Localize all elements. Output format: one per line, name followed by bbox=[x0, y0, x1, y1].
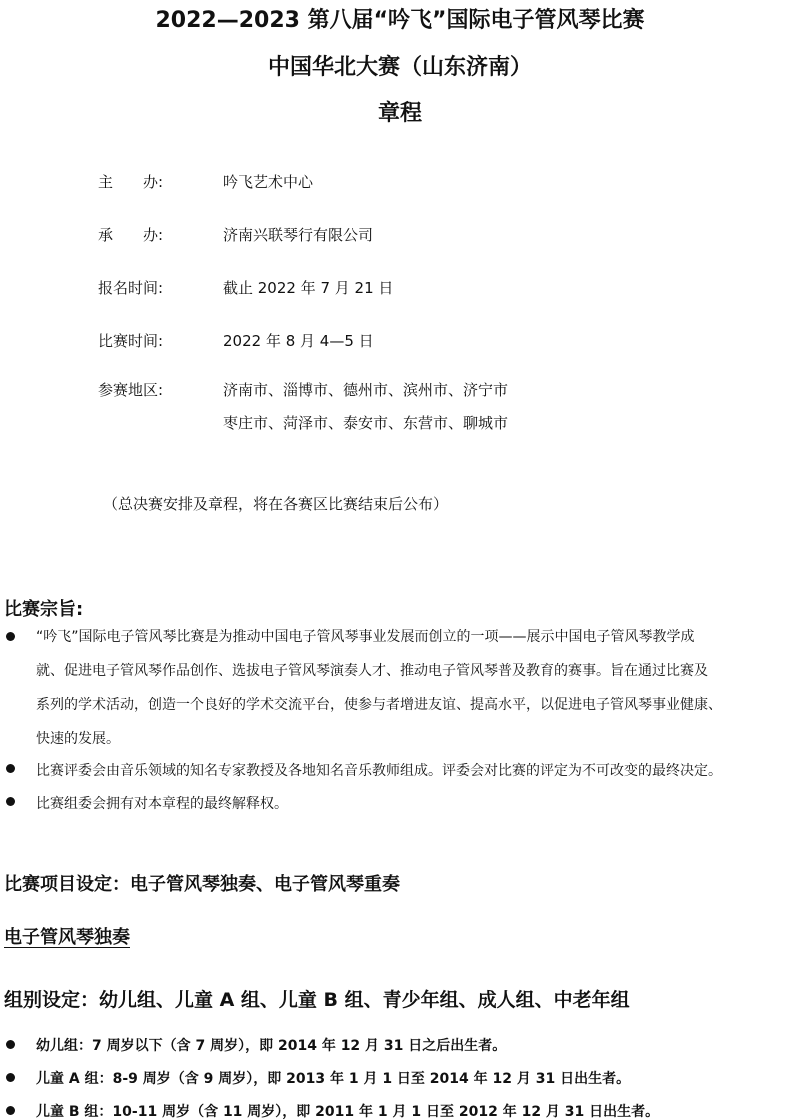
purpose-line-3: 系列的学术活动，创造一个良好的学术交流平台，使参与者增进友谊、提高水平，以促进电… bbox=[36, 688, 796, 722]
registration-value: 截止 2022 年 7 月 21 日 bbox=[223, 277, 393, 298]
solo-heading: 电子管风琴独奏 bbox=[4, 923, 130, 949]
regions-label: 参赛地区: bbox=[98, 379, 163, 400]
competition-date-value: 2022 年 8 月 4—5 日 bbox=[223, 330, 374, 351]
host-value: 吟飞艺术中心 bbox=[223, 171, 313, 192]
registration-label: 报名时间: bbox=[98, 277, 163, 298]
purpose-paragraph: “吟飞”国际电子管风琴比赛是为推动中国电子管风琴事业发展而创立的一项——展示中国… bbox=[36, 620, 796, 756]
groups-heading: 组别设定：幼儿组、儿童 A 组、儿童 B 组、青少年组、成人组、中老年组 bbox=[4, 985, 630, 1012]
purpose-line-2: 就、促进电子管风琴作品创作、选拔电子管风琴演奏人才、推动电子管风琴普及教育的赛事… bbox=[36, 654, 796, 688]
competition-date-label: 比赛时间: bbox=[98, 330, 163, 351]
group-item-child-b: 儿童 B 组：10-11 周岁（含 11 周岁），即 2011 年 1 月 1 … bbox=[36, 1101, 659, 1120]
purpose-line-4: 快速的发展。 bbox=[36, 722, 796, 756]
organizer-label: 承 办: bbox=[98, 224, 163, 245]
bullet-icon bbox=[6, 764, 15, 773]
document-heading-charter: 章程 bbox=[0, 96, 800, 127]
bullet-icon bbox=[6, 632, 15, 641]
purpose-heading: 比赛宗旨: bbox=[4, 595, 83, 621]
host-label: 主 办: bbox=[98, 171, 163, 192]
events-heading: 比赛项目设定：电子管风琴独奏、电子管风琴重奏 bbox=[4, 870, 400, 896]
purpose-line-1: “吟飞”国际电子管风琴比赛是为推动中国电子管风琴事业发展而创立的一项——展示中国… bbox=[36, 620, 796, 654]
interpretation-item: 比赛组委会拥有对本章程的最终解释权。 bbox=[36, 793, 288, 813]
organizer-value: 济南兴联琴行有限公司 bbox=[223, 224, 373, 245]
regions-line-1: 济南市、淄博市、德州市、滨州市、济宁市 bbox=[223, 379, 508, 400]
bullet-icon bbox=[6, 797, 15, 806]
group-item-toddler: 幼儿组：7 周岁以下（含 7 周岁），即 2014 年 12 月 31 日之后出… bbox=[36, 1035, 506, 1055]
document-title: 2022—2023 第八届“吟飞”国际电子管风琴比赛 bbox=[0, 3, 800, 34]
bullet-icon bbox=[6, 1073, 15, 1082]
judges-item: 比赛评委会由音乐领域的知名专家教授及各地知名音乐教师组成。评委会对比赛的评定为不… bbox=[36, 760, 722, 780]
final-note: （总决赛安排及章程，将在各赛区比赛结束后公布） bbox=[103, 493, 448, 514]
regions-line-2: 枣庄市、菏泽市、泰安市、东营市、聊城市 bbox=[223, 412, 508, 433]
group-item-child-a: 儿童 A 组：8-9 周岁（含 9 周岁），即 2013 年 1 月 1 日至 … bbox=[36, 1068, 630, 1088]
bullet-icon bbox=[6, 1106, 15, 1115]
bullet-icon bbox=[6, 1040, 15, 1049]
document-subtitle: 中国华北大赛（山东济南） bbox=[0, 50, 800, 81]
